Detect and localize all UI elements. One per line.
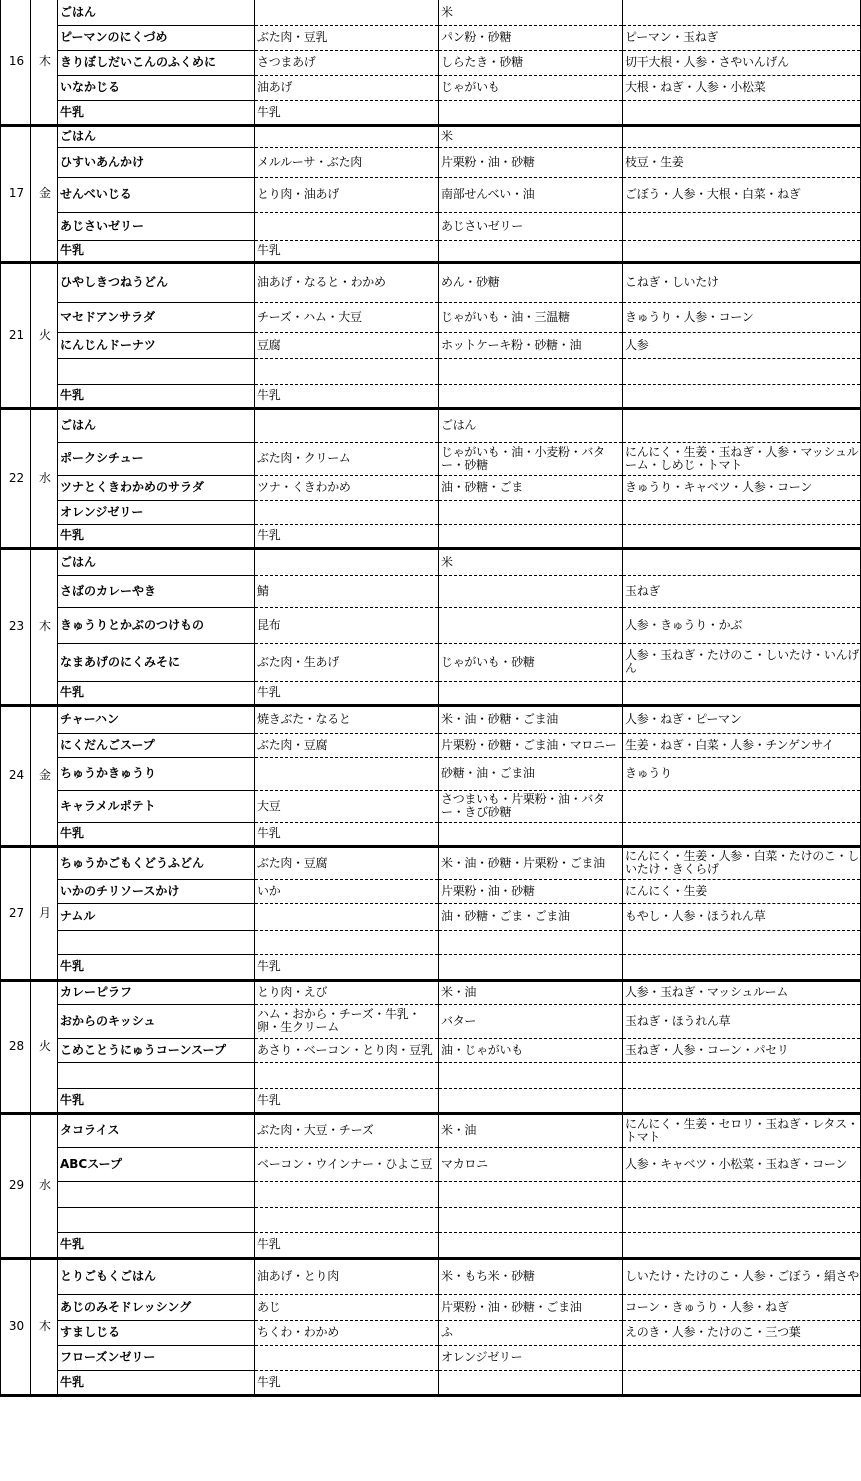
vegetable-ingredients-cell: 玉ねぎ・人参・コーン・パセリ xyxy=(623,1038,861,1062)
energy-ingredients-cell xyxy=(439,822,623,846)
vegetable-ingredients-cell xyxy=(623,548,861,575)
energy-ingredients-cell: オレンジゼリー xyxy=(439,1345,623,1370)
dish-name-cell: ピーマンのにくづめ xyxy=(58,25,255,50)
energy-ingredients-cell: しらたき・砂糖 xyxy=(439,50,623,75)
protein-ingredients-cell: ぶた肉・豆腐 xyxy=(255,733,439,757)
menu-row: 29水タコライスぶた肉・大豆・チーズ米・油にんにく・生姜・セロリ・玉ねぎ・レタス… xyxy=(1,1113,861,1147)
dish-name-cell: にんじんドーナツ xyxy=(58,332,255,358)
energy-ingredients-cell: 南部せんべい・油 xyxy=(439,177,623,212)
protein-ingredients-cell: ぶた肉・豆乳 xyxy=(255,25,439,50)
dish-name-cell: きゅうりとかぶのつけもの xyxy=(58,607,255,643)
weekday-cell: 金 xyxy=(31,705,58,846)
vegetable-ingredients-cell xyxy=(623,408,861,442)
dish-name-cell: とりごもくごはん xyxy=(58,1258,255,1294)
menu-row: 牛乳牛乳 xyxy=(1,1370,861,1395)
energy-ingredients-cell xyxy=(439,100,623,125)
weekday-cell: 木 xyxy=(31,1258,58,1395)
dish-name-cell xyxy=(58,1062,255,1088)
vegetable-ingredients-cell xyxy=(623,954,861,980)
vegetable-ingredients-cell: きゅうり xyxy=(623,757,861,790)
vegetable-ingredients-cell xyxy=(623,358,861,384)
vegetable-ingredients-cell xyxy=(623,500,861,524)
menu-row: 牛乳牛乳 xyxy=(1,384,861,408)
dish-name-cell: 牛乳 xyxy=(58,822,255,846)
weekday-cell: 火 xyxy=(31,262,58,408)
dish-name-cell: 牛乳 xyxy=(58,524,255,548)
day-block: 21火ひやしきつねうどん油あげ・なると・わかめめん・砂糖こねぎ・しいたけマセドア… xyxy=(1,262,861,408)
menu-row: きりぼしだいこんのふくめにさつまあげしらたき・砂糖切干大根・人参・さやいんげん xyxy=(1,50,861,75)
dish-name-cell: おからのキッシュ xyxy=(58,1004,255,1038)
lunch-menu-table: 16木ごはん米ピーマンのにくづめぶた肉・豆乳パン粉・砂糖ピーマン・玉ねぎきりぼし… xyxy=(0,0,861,1397)
vegetable-ingredients-cell xyxy=(623,790,861,822)
vegetable-ingredients-cell: にんにく・生姜 xyxy=(623,879,861,903)
day-block: 28火カレーピラフとり肉・えび米・油人参・玉ねぎ・マッシュルームおからのキッシュ… xyxy=(1,980,861,1113)
menu-row: 17金ごはん米 xyxy=(1,125,861,147)
vegetable-ingredients-cell: 切干大根・人参・さやいんげん xyxy=(623,50,861,75)
menu-row: 牛乳牛乳 xyxy=(1,524,861,548)
menu-row: ABCスープベーコン・ウインナー・ひよこ豆マカロニ人参・キャベツ・小松菜・玉ねぎ… xyxy=(1,1147,861,1181)
vegetable-ingredients-cell xyxy=(623,212,861,240)
energy-ingredients-cell: 米・油・砂糖・片栗粉・ごま油 xyxy=(439,846,623,879)
dish-name-cell: いかのチリソースかけ xyxy=(58,879,255,903)
menu-row: 牛乳牛乳 xyxy=(1,954,861,980)
menu-row: ちゅうかきゅうり砂糖・油・ごま油きゅうり xyxy=(1,757,861,790)
protein-ingredients-cell xyxy=(255,1062,439,1088)
menu-row: なまあげのにくみそにぶた肉・生あげじゃがいも・砂糖人参・玉ねぎ・たけのこ・しいた… xyxy=(1,643,861,681)
menu-row: あじさいゼリーあじさいゼリー xyxy=(1,212,861,240)
energy-ingredients-cell: ごはん xyxy=(439,408,623,442)
menu-row: あじのみそドレッシングあじ片栗粉・油・砂糖・ごま油コーン・きゅうり・人参・ねぎ xyxy=(1,1294,861,1320)
protein-ingredients-cell: いか xyxy=(255,879,439,903)
energy-ingredients-cell: バター xyxy=(439,1004,623,1038)
energy-ingredients-cell: 米・油・砂糖・ごま油 xyxy=(439,705,623,733)
vegetable-ingredients-cell: 人参・ねぎ・ピーマン xyxy=(623,705,861,733)
vegetable-ingredients-cell: 玉ねぎ・ほうれん草 xyxy=(623,1004,861,1038)
protein-ingredients-cell: 油あげ・なると・わかめ xyxy=(255,262,439,302)
energy-ingredients-cell: マカロニ xyxy=(439,1147,623,1181)
energy-ingredients-cell: 米 xyxy=(439,0,623,25)
protein-ingredients-cell: 牛乳 xyxy=(255,100,439,125)
protein-ingredients-cell xyxy=(255,757,439,790)
vegetable-ingredients-cell xyxy=(623,681,861,705)
day-block: 17金ごはん米ひすいあんかけメルルーサ・ぶた肉片栗粉・油・砂糖枝豆・生姜せんべい… xyxy=(1,125,861,262)
vegetable-ingredients-cell: えのき・人参・たけのこ・三つ葉 xyxy=(623,1320,861,1345)
menu-row: 30木とりごもくごはん油あげ・とり肉米・もち米・砂糖しいたけ・たけのこ・人参・ご… xyxy=(1,1258,861,1294)
protein-ingredients-cell: ぶた肉・豆腐 xyxy=(255,846,439,879)
dish-name-cell: フローズンゼリー xyxy=(58,1345,255,1370)
vegetable-ingredients-cell: 人参・玉ねぎ・たけのこ・しいたけ・いんげん xyxy=(623,643,861,681)
dish-name-cell: ごはん xyxy=(58,125,255,147)
dish-name-cell: ナムル xyxy=(58,903,255,930)
vegetable-ingredients-cell: にんにく・生姜・セロリ・玉ねぎ・レタス・トマト xyxy=(623,1113,861,1147)
vegetable-ingredients-cell xyxy=(623,100,861,125)
vegetable-ingredients-cell xyxy=(623,930,861,954)
weekday-cell: 水 xyxy=(31,1113,58,1258)
dish-name-cell: なまあげのにくみそに xyxy=(58,643,255,681)
dish-name-cell: 牛乳 xyxy=(58,240,255,262)
dish-name-cell: 牛乳 xyxy=(58,681,255,705)
dish-name-cell: 牛乳 xyxy=(58,384,255,408)
menu-row: 牛乳牛乳 xyxy=(1,1232,861,1258)
protein-ingredients-cell: ちくわ・わかめ xyxy=(255,1320,439,1345)
vegetable-ingredients-cell: 玉ねぎ xyxy=(623,575,861,607)
vegetable-ingredients-cell: にんにく・生姜・人参・白菜・たけのこ・しいたけ・きくらげ xyxy=(623,846,861,879)
menu-row: いかのチリソースかけいか片栗粉・油・砂糖にんにく・生姜 xyxy=(1,879,861,903)
protein-ingredients-cell xyxy=(255,408,439,442)
vegetable-ingredients-cell xyxy=(623,384,861,408)
energy-ingredients-cell xyxy=(439,384,623,408)
dish-name-cell: こめことうにゅうコーンスープ xyxy=(58,1038,255,1062)
dish-name-cell: ちゅうかきゅうり xyxy=(58,757,255,790)
date-cell: 28 xyxy=(1,980,31,1113)
dish-name-cell: ごはん xyxy=(58,408,255,442)
protein-ingredients-cell: ハム・おから・チーズ・牛乳・卵・生クリーム xyxy=(255,1004,439,1038)
vegetable-ingredients-cell: 人参・キャベツ・小松菜・玉ねぎ・コーン xyxy=(623,1147,861,1181)
weekday-cell: 木 xyxy=(31,0,58,125)
menu-row: キャラメルポテト大豆さつまいも・片栗粉・油・バター・きび砂糖 xyxy=(1,790,861,822)
dish-name-cell: オレンジゼリー xyxy=(58,500,255,524)
energy-ingredients-cell xyxy=(439,607,623,643)
menu-row: 牛乳牛乳 xyxy=(1,1088,861,1113)
vegetable-ingredients-cell xyxy=(623,1088,861,1113)
menu-row: 28火カレーピラフとり肉・えび米・油人参・玉ねぎ・マッシュルーム xyxy=(1,980,861,1004)
energy-ingredients-cell: ホットケーキ粉・砂糖・油 xyxy=(439,332,623,358)
energy-ingredients-cell: 米・油 xyxy=(439,980,623,1004)
energy-ingredients-cell xyxy=(439,358,623,384)
weekday-cell: 金 xyxy=(31,125,58,262)
vegetable-ingredients-cell xyxy=(623,240,861,262)
energy-ingredients-cell xyxy=(439,1370,623,1395)
protein-ingredients-cell: あさり・ベーコン・とり肉・豆乳 xyxy=(255,1038,439,1062)
energy-ingredients-cell: ふ xyxy=(439,1320,623,1345)
protein-ingredients-cell: ベーコン・ウインナー・ひよこ豆 xyxy=(255,1147,439,1181)
date-cell: 16 xyxy=(1,0,31,125)
menu-row: きゅうりとかぶのつけもの昆布人参・きゅうり・かぶ xyxy=(1,607,861,643)
dish-name-cell: チャーハン xyxy=(58,705,255,733)
vegetable-ingredients-cell: しいたけ・たけのこ・人参・ごぼう・絹さや xyxy=(623,1258,861,1294)
date-cell: 27 xyxy=(1,846,31,980)
menu-row: 牛乳牛乳 xyxy=(1,822,861,846)
dish-name-cell: ひやしきつねうどん xyxy=(58,262,255,302)
protein-ingredients-cell xyxy=(255,212,439,240)
weekday-cell: 水 xyxy=(31,408,58,548)
protein-ingredients-cell: 牛乳 xyxy=(255,1370,439,1395)
dish-name-cell: すましじる xyxy=(58,1320,255,1345)
dish-name-cell: ツナとくきわかめのサラダ xyxy=(58,475,255,500)
vegetable-ingredients-cell xyxy=(623,125,861,147)
vegetable-ingredients-cell: ごぼう・人参・大根・白菜・ねぎ xyxy=(623,177,861,212)
energy-ingredients-cell: じゃがいも・油・小麦粉・バター・砂糖 xyxy=(439,442,623,475)
energy-ingredients-cell xyxy=(439,1181,623,1207)
protein-ingredients-cell: メルルーサ・ぶた肉 xyxy=(255,147,439,177)
dish-name-cell: ちゅうかごもくどうふどん xyxy=(58,846,255,879)
vegetable-ingredients-cell: 人参 xyxy=(623,332,861,358)
protein-ingredients-cell: 牛乳 xyxy=(255,681,439,705)
dish-name-cell: 牛乳 xyxy=(58,954,255,980)
protein-ingredients-cell: ツナ・くきわかめ xyxy=(255,475,439,500)
dish-name-cell: あじさいゼリー xyxy=(58,212,255,240)
menu-row: いなかじる油あげじゃがいも大根・ねぎ・人参・小松菜 xyxy=(1,75,861,100)
protein-ingredients-cell: 牛乳 xyxy=(255,240,439,262)
protein-ingredients-cell: ぶた肉・生あげ xyxy=(255,643,439,681)
menu-row: にくだんごスープぶた肉・豆腐片栗粉・砂糖・ごま油・マロニー生姜・ねぎ・白菜・人参… xyxy=(1,733,861,757)
menu-row: フローズンゼリーオレンジゼリー xyxy=(1,1345,861,1370)
energy-ingredients-cell xyxy=(439,500,623,524)
menu-row: せんべいじるとり肉・油あげ南部せんべい・油ごぼう・人参・大根・白菜・ねぎ xyxy=(1,177,861,212)
menu-row: にんじんドーナツ豆腐ホットケーキ粉・砂糖・油人参 xyxy=(1,332,861,358)
day-block: 27月ちゅうかごもくどうふどんぶた肉・豆腐米・油・砂糖・片栗粉・ごま油にんにく・… xyxy=(1,846,861,980)
energy-ingredients-cell: 油・じゃがいも xyxy=(439,1038,623,1062)
dish-name-cell: せんべいじる xyxy=(58,177,255,212)
date-cell: 23 xyxy=(1,548,31,705)
dish-name-cell: 牛乳 xyxy=(58,1232,255,1258)
menu-row: 牛乳牛乳 xyxy=(1,240,861,262)
energy-ingredients-cell: あじさいゼリー xyxy=(439,212,623,240)
vegetable-ingredients-cell: きゅうり・人参・コーン xyxy=(623,302,861,332)
date-cell: 30 xyxy=(1,1258,31,1395)
energy-ingredients-cell xyxy=(439,524,623,548)
date-cell: 17 xyxy=(1,125,31,262)
protein-ingredients-cell: ぶた肉・クリーム xyxy=(255,442,439,475)
vegetable-ingredients-cell: コーン・きゅうり・人参・ねぎ xyxy=(623,1294,861,1320)
energy-ingredients-cell xyxy=(439,1207,623,1232)
protein-ingredients-cell xyxy=(255,548,439,575)
protein-ingredients-cell: 豆腐 xyxy=(255,332,439,358)
dish-name-cell: ひすいあんかけ xyxy=(58,147,255,177)
energy-ingredients-cell: 米 xyxy=(439,125,623,147)
protein-ingredients-cell: あじ xyxy=(255,1294,439,1320)
date-cell: 22 xyxy=(1,408,31,548)
protein-ingredients-cell: 油あげ xyxy=(255,75,439,100)
protein-ingredients-cell: とり肉・えび xyxy=(255,980,439,1004)
energy-ingredients-cell: 米 xyxy=(439,548,623,575)
protein-ingredients-cell xyxy=(255,903,439,930)
menu-row: ツナとくきわかめのサラダツナ・くきわかめ油・砂糖・ごまきゅうり・キャベツ・人参・… xyxy=(1,475,861,500)
protein-ingredients-cell xyxy=(255,1181,439,1207)
menu-row: 23木ごはん米 xyxy=(1,548,861,575)
menu-row: 27月ちゅうかごもくどうふどんぶた肉・豆腐米・油・砂糖・片栗粉・ごま油にんにく・… xyxy=(1,846,861,879)
dish-name-cell: タコライス xyxy=(58,1113,255,1147)
dish-name-cell: あじのみそドレッシング xyxy=(58,1294,255,1320)
vegetable-ingredients-cell: 大根・ねぎ・人参・小松菜 xyxy=(623,75,861,100)
dish-name-cell xyxy=(58,1181,255,1207)
protein-ingredients-cell: さつまあげ xyxy=(255,50,439,75)
dish-name-cell: ABCスープ xyxy=(58,1147,255,1181)
energy-ingredients-cell xyxy=(439,954,623,980)
menu-row: 21火ひやしきつねうどん油あげ・なると・わかめめん・砂糖こねぎ・しいたけ xyxy=(1,262,861,302)
dish-name-cell xyxy=(58,358,255,384)
menu-row: ナムル油・砂糖・ごま・ごま油もやし・人参・ほうれん草 xyxy=(1,903,861,930)
energy-ingredients-cell: 片栗粉・砂糖・ごま油・マロニー xyxy=(439,733,623,757)
menu-row: ピーマンのにくづめぶた肉・豆乳パン粉・砂糖ピーマン・玉ねぎ xyxy=(1,25,861,50)
dish-name-cell: ごはん xyxy=(58,548,255,575)
dish-name-cell: キャラメルポテト xyxy=(58,790,255,822)
day-block: 29水タコライスぶた肉・大豆・チーズ米・油にんにく・生姜・セロリ・玉ねぎ・レタス… xyxy=(1,1113,861,1258)
energy-ingredients-cell: めん・砂糖 xyxy=(439,262,623,302)
weekday-cell: 火 xyxy=(31,980,58,1113)
date-cell: 21 xyxy=(1,262,31,408)
protein-ingredients-cell: 昆布 xyxy=(255,607,439,643)
menu-row: おからのキッシュハム・おから・チーズ・牛乳・卵・生クリームバター玉ねぎ・ほうれん… xyxy=(1,1004,861,1038)
menu-row: さばのカレーやき鯖玉ねぎ xyxy=(1,575,861,607)
energy-ingredients-cell: 油・砂糖・ごま xyxy=(439,475,623,500)
menu-row: 22水ごはんごはん xyxy=(1,408,861,442)
protein-ingredients-cell xyxy=(255,500,439,524)
vegetable-ingredients-cell xyxy=(623,1062,861,1088)
energy-ingredients-cell xyxy=(439,575,623,607)
dish-name-cell: きりぼしだいこんのふくめに xyxy=(58,50,255,75)
menu-row xyxy=(1,358,861,384)
protein-ingredients-cell: とり肉・油あげ xyxy=(255,177,439,212)
vegetable-ingredients-cell: 枝豆・生姜 xyxy=(623,147,861,177)
dish-name-cell xyxy=(58,1207,255,1232)
protein-ingredients-cell: 牛乳 xyxy=(255,1088,439,1113)
energy-ingredients-cell: 米・油 xyxy=(439,1113,623,1147)
protein-ingredients-cell xyxy=(255,1345,439,1370)
menu-row: オレンジゼリー xyxy=(1,500,861,524)
energy-ingredients-cell xyxy=(439,1232,623,1258)
dish-name-cell xyxy=(58,930,255,954)
weekday-cell: 月 xyxy=(31,846,58,980)
vegetable-ingredients-cell: こねぎ・しいたけ xyxy=(623,262,861,302)
menu-row: ひすいあんかけメルルーサ・ぶた肉片栗粉・油・砂糖枝豆・生姜 xyxy=(1,147,861,177)
date-cell: 29 xyxy=(1,1113,31,1258)
energy-ingredients-cell xyxy=(439,1062,623,1088)
protein-ingredients-cell xyxy=(255,930,439,954)
vegetable-ingredients-cell: にんにく・生姜・玉ねぎ・人参・マッシュルーム・しめじ・トマト xyxy=(623,442,861,475)
vegetable-ingredients-cell xyxy=(623,1232,861,1258)
vegetable-ingredients-cell xyxy=(623,1181,861,1207)
protein-ingredients-cell: 牛乳 xyxy=(255,822,439,846)
day-block: 24金チャーハン焼きぶた・なると米・油・砂糖・ごま油人参・ねぎ・ピーマンにくだん… xyxy=(1,705,861,846)
energy-ingredients-cell: じゃがいも xyxy=(439,75,623,100)
day-block: 22水ごはんごはんポークシチューぶた肉・クリームじゃがいも・油・小麦粉・バター・… xyxy=(1,408,861,548)
vegetable-ingredients-cell xyxy=(623,1370,861,1395)
day-block: 30木とりごもくごはん油あげ・とり肉米・もち米・砂糖しいたけ・たけのこ・人参・ご… xyxy=(1,1258,861,1395)
energy-ingredients-cell: 油・砂糖・ごま・ごま油 xyxy=(439,903,623,930)
dish-name-cell: ポークシチュー xyxy=(58,442,255,475)
energy-ingredients-cell xyxy=(439,1088,623,1113)
dish-name-cell: 牛乳 xyxy=(58,1370,255,1395)
protein-ingredients-cell: 大豆 xyxy=(255,790,439,822)
energy-ingredients-cell: パン粉・砂糖 xyxy=(439,25,623,50)
protein-ingredients-cell xyxy=(255,358,439,384)
protein-ingredients-cell xyxy=(255,1207,439,1232)
energy-ingredients-cell: 片栗粉・油・砂糖 xyxy=(439,879,623,903)
protein-ingredients-cell: 牛乳 xyxy=(255,1232,439,1258)
day-block: 16木ごはん米ピーマンのにくづめぶた肉・豆乳パン粉・砂糖ピーマン・玉ねぎきりぼし… xyxy=(1,0,861,125)
protein-ingredients-cell: ぶた肉・大豆・チーズ xyxy=(255,1113,439,1147)
menu-row: ポークシチューぶた肉・クリームじゃがいも・油・小麦粉・バター・砂糖にんにく・生姜… xyxy=(1,442,861,475)
weekday-cell: 木 xyxy=(31,548,58,705)
menu-row xyxy=(1,1207,861,1232)
protein-ingredients-cell: 牛乳 xyxy=(255,384,439,408)
vegetable-ingredients-cell: 生姜・ねぎ・白菜・人参・チンゲンサイ xyxy=(623,733,861,757)
energy-ingredients-cell: さつまいも・片栗粉・油・バター・きび砂糖 xyxy=(439,790,623,822)
menu-row xyxy=(1,1062,861,1088)
vegetable-ingredients-cell: ピーマン・玉ねぎ xyxy=(623,25,861,50)
protein-ingredients-cell: 油あげ・とり肉 xyxy=(255,1258,439,1294)
dish-name-cell: にくだんごスープ xyxy=(58,733,255,757)
vegetable-ingredients-cell xyxy=(623,524,861,548)
vegetable-ingredients-cell: きゅうり・キャベツ・人参・コーン xyxy=(623,475,861,500)
protein-ingredients-cell xyxy=(255,125,439,147)
vegetable-ingredients-cell: もやし・人参・ほうれん草 xyxy=(623,903,861,930)
menu-row: 16木ごはん米 xyxy=(1,0,861,25)
energy-ingredients-cell: じゃがいも・砂糖 xyxy=(439,643,623,681)
vegetable-ingredients-cell: 人参・玉ねぎ・マッシュルーム xyxy=(623,980,861,1004)
menu-row: マセドアンサラダチーズ・ハム・大豆じゃがいも・油・三温糖きゅうり・人参・コーン xyxy=(1,302,861,332)
menu-row: 牛乳牛乳 xyxy=(1,681,861,705)
vegetable-ingredients-cell: 人参・きゅうり・かぶ xyxy=(623,607,861,643)
dish-name-cell: 牛乳 xyxy=(58,1088,255,1113)
energy-ingredients-cell: 米・もち米・砂糖 xyxy=(439,1258,623,1294)
energy-ingredients-cell: じゃがいも・油・三温糖 xyxy=(439,302,623,332)
menu-row: こめことうにゅうコーンスープあさり・ベーコン・とり肉・豆乳油・じゃがいも玉ねぎ・… xyxy=(1,1038,861,1062)
dish-name-cell: さばのカレーやき xyxy=(58,575,255,607)
protein-ingredients-cell: 焼きぶた・なると xyxy=(255,705,439,733)
menu-row: 牛乳牛乳 xyxy=(1,100,861,125)
energy-ingredients-cell xyxy=(439,240,623,262)
vegetable-ingredients-cell xyxy=(623,1345,861,1370)
menu-row: 24金チャーハン焼きぶた・なると米・油・砂糖・ごま油人参・ねぎ・ピーマン xyxy=(1,705,861,733)
energy-ingredients-cell: 片栗粉・油・砂糖・ごま油 xyxy=(439,1294,623,1320)
date-cell: 24 xyxy=(1,705,31,846)
dish-name-cell: マセドアンサラダ xyxy=(58,302,255,332)
vegetable-ingredients-cell xyxy=(623,822,861,846)
protein-ingredients-cell: チーズ・ハム・大豆 xyxy=(255,302,439,332)
energy-ingredients-cell xyxy=(439,930,623,954)
menu-row xyxy=(1,1181,861,1207)
energy-ingredients-cell: 砂糖・油・ごま油 xyxy=(439,757,623,790)
dish-name-cell: ごはん xyxy=(58,0,255,25)
menu-row: すましじるちくわ・わかめふえのき・人参・たけのこ・三つ葉 xyxy=(1,1320,861,1345)
day-block: 23木ごはん米さばのカレーやき鯖玉ねぎきゅうりとかぶのつけもの昆布人参・きゅうり… xyxy=(1,548,861,705)
dish-name-cell: カレーピラフ xyxy=(58,980,255,1004)
protein-ingredients-cell: 牛乳 xyxy=(255,524,439,548)
vegetable-ingredients-cell xyxy=(623,0,861,25)
protein-ingredients-cell: 鯖 xyxy=(255,575,439,607)
dish-name-cell: 牛乳 xyxy=(58,100,255,125)
energy-ingredients-cell xyxy=(439,681,623,705)
protein-ingredients-cell xyxy=(255,0,439,25)
menu-row xyxy=(1,930,861,954)
vegetable-ingredients-cell xyxy=(623,1207,861,1232)
energy-ingredients-cell: 片栗粉・油・砂糖 xyxy=(439,147,623,177)
protein-ingredients-cell: 牛乳 xyxy=(255,954,439,980)
dish-name-cell: いなかじる xyxy=(58,75,255,100)
